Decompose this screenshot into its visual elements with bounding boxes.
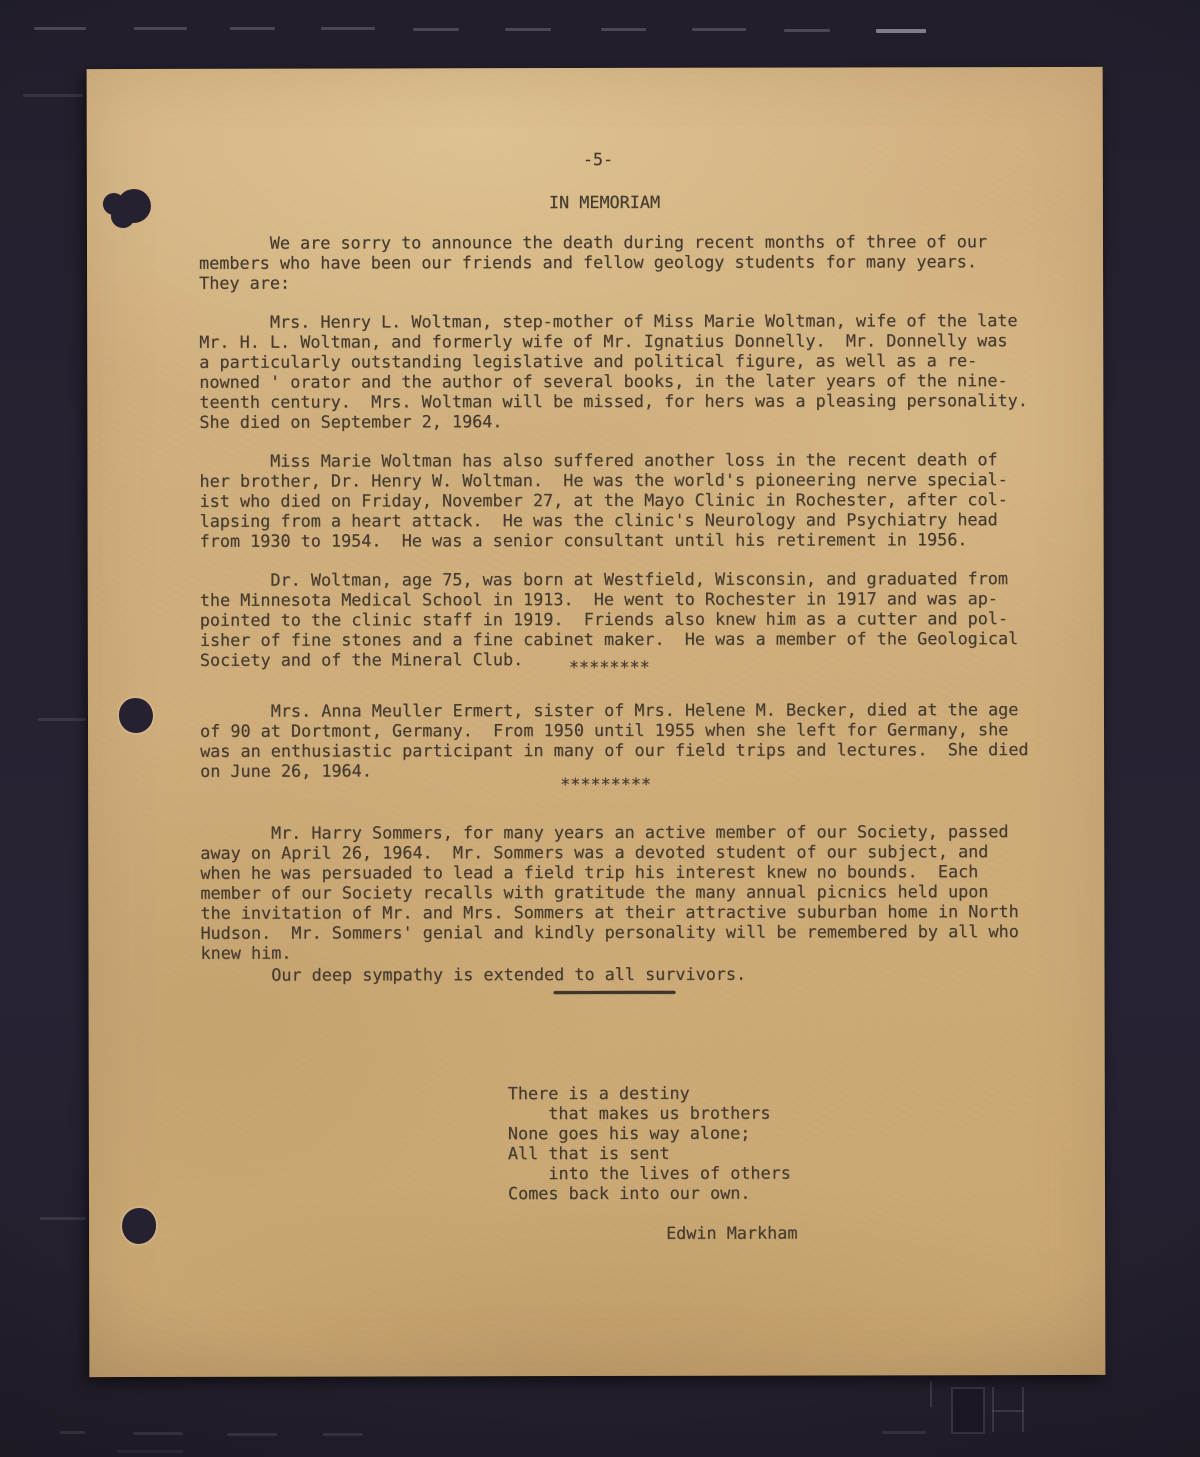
hole-punch-top (111, 204, 135, 228)
text-line: when he was persuaded to lead a field tr… (200, 861, 1018, 883)
scan-background: -5- IN MEMORIAM We are sorry to announce… (0, 0, 1200, 1457)
text-line: away on April 26, 1964. Mr. Sommers was … (200, 841, 1018, 863)
page-number: -5- (583, 149, 613, 169)
document-title: IN MEMORIAM (549, 192, 660, 212)
text-line: that makes us brothers (508, 1103, 791, 1124)
text-line: Mrs. Henry L. Woltman, step-mother of Mi… (199, 310, 1028, 332)
text-line: She died on September 2, 1964. (199, 410, 1028, 432)
text-line: ist who died on Friday, November 27, at … (200, 489, 1008, 511)
text-line: pointed to the clinic staff in 1919. Fri… (200, 608, 1018, 630)
text-line: There is a destiny (508, 1083, 791, 1104)
text-line: Miss Marie Woltman has also suffered ano… (199, 449, 1007, 471)
film-mark (601, 28, 646, 31)
film-mark (133, 1432, 183, 1435)
film-mark (692, 28, 746, 31)
paragraph-dr-woltman-bio: Dr. Woltman, age 75, was born at Westfie… (200, 568, 1019, 670)
film-mark (227, 1433, 277, 1436)
paragraph-mrs-ermert: Mrs. Anna Meuller Ermert, sister of Mrs.… (200, 699, 1029, 781)
text-line: Comes back into our own. (508, 1183, 791, 1204)
text-line: They are: (199, 271, 987, 293)
film-mark (134, 27, 187, 30)
film-mark (323, 1433, 363, 1436)
text-line: a particularly outstanding legislative a… (199, 350, 1028, 372)
poem-author: Edwin Markham (666, 1223, 797, 1243)
text-line: None goes his way alone; (508, 1123, 791, 1144)
text-line: All that is sent (508, 1143, 791, 1164)
text-line: teenth century. Mrs. Woltman will be mis… (199, 390, 1028, 412)
film-mark (505, 28, 551, 31)
text-line: members who have been our friends and fe… (199, 251, 987, 273)
text-line: isher of fine stones and a fine cabinet … (200, 628, 1018, 650)
scan-artifact (930, 1381, 932, 1407)
text-line: member of our Society recalls with grati… (200, 881, 1018, 903)
film-mark (34, 27, 86, 30)
film-mark (784, 29, 830, 32)
film-mark (60, 1431, 85, 1434)
paragraph-intro: We are sorry to announce the death durin… (199, 231, 987, 293)
text-line: lapsing from a heart attack. He was the … (200, 509, 1008, 531)
hole-punch-middle (119, 698, 153, 733)
film-mark (876, 29, 926, 33)
text-line: of 90 at Dortmont, Germany. From 1950 un… (200, 719, 1029, 741)
text-line: her brother, Dr. Henry W. Woltman. He wa… (199, 469, 1007, 491)
film-mark (321, 27, 375, 30)
film-mark (882, 1431, 926, 1434)
text-line: knew him. (200, 941, 1018, 963)
film-mark (23, 94, 83, 97)
sympathy-underline (554, 991, 676, 994)
text-line: into the lives of others (508, 1163, 791, 1184)
text-line: from 1930 to 1954. He was a senior consu… (200, 529, 1008, 551)
sympathy-line: Our deep sympathy is extended to all sur… (201, 964, 747, 985)
document-page: -5- IN MEMORIAM We are sorry to announce… (87, 67, 1106, 1377)
text-line: the Minnesota Medical School in 1913. He… (200, 588, 1018, 610)
film-mark (230, 27, 275, 30)
text-line: Dr. Woltman, age 75, was born at Westfie… (200, 568, 1018, 590)
film-mark (38, 718, 86, 721)
text-line: was an enthusiastic participant in many … (200, 739, 1029, 761)
asterisk-separator-2: ********* (560, 774, 651, 794)
scan-artifact (992, 1410, 1024, 1412)
asterisk-separator-1: ******** (569, 657, 650, 677)
text-line: Mrs. Anna Meuller Ermert, sister of Mrs.… (200, 699, 1029, 721)
paragraph-dr-woltman-death: Miss Marie Woltman has also suffered ano… (199, 449, 1007, 551)
text-line: Hudson. Mr. Sommers' genial and kindly p… (200, 921, 1018, 943)
text-line: Mr. Harry Sommers, for many years an act… (200, 821, 1018, 843)
text-line: We are sorry to announce the death durin… (199, 231, 987, 253)
film-mark (413, 28, 459, 31)
paragraph-mrs-woltman: Mrs. Henry L. Woltman, step-mother of Mi… (199, 310, 1028, 432)
poem: There is a destiny that makes us brother… (508, 1083, 791, 1204)
text-line: the invitation of Mr. and Mrs. Sommers a… (200, 901, 1018, 923)
text-line: nowned ' orator and the author of severa… (199, 370, 1028, 392)
hole-punch-bottom (122, 1208, 156, 1244)
text-line: Mr. H. L. Woltman, and formerly wife of … (199, 330, 1028, 352)
paragraph-mr-sommers: Mr. Harry Sommers, for many years an act… (200, 821, 1019, 963)
film-mark (117, 1450, 183, 1453)
film-mark (40, 1217, 86, 1220)
scan-artifact (951, 1387, 985, 1434)
